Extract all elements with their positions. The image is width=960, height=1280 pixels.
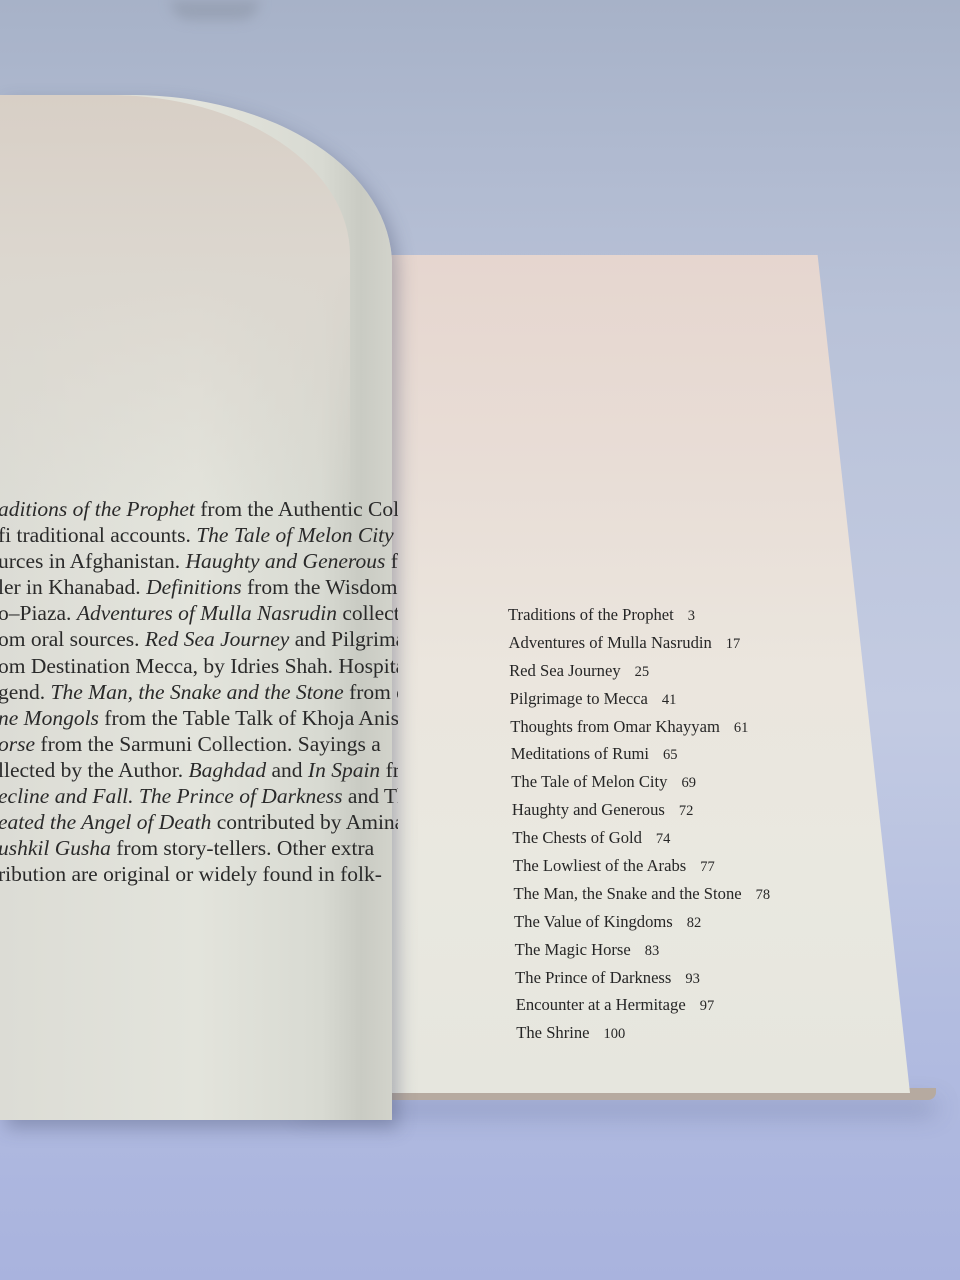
toc-page-number: 61	[734, 720, 749, 736]
toc-title: Red Sea Journey	[509, 661, 621, 680]
toc-entry: Encounter at a Hermitage97	[516, 991, 770, 1019]
italic-title: The Man, the Snake and the Stone	[51, 680, 344, 704]
text-run: fi traditional accounts.	[0, 523, 196, 547]
toc-entry: The Prince of Darkness93	[515, 964, 770, 992]
toc-title: The Lowliest of the Arabs	[513, 856, 686, 875]
table-of-contents: Traditions of the Prophet3Adventures of …	[508, 601, 770, 1047]
text-run: fr	[394, 523, 398, 547]
toc-entry: The Shrine100	[516, 1019, 770, 1047]
text-run: collected by the	[337, 601, 398, 625]
text-line: eated the Angel of Death contributed by …	[0, 809, 398, 835]
text-run: om Destination Mecca, by Idries Shah. Ho…	[0, 654, 398, 678]
text-line: gend. The Man, the Snake and the Stone f…	[0, 679, 398, 705]
toc-entry: The Tale of Melon City69	[511, 768, 770, 796]
toc-page-number: 17	[726, 636, 741, 652]
toc-title: Pilgrimage to Mecca	[510, 689, 648, 708]
toc-page-number: 69	[681, 775, 696, 791]
text-run: and	[266, 758, 308, 782]
toc-title: The Man, the Snake and the Stone	[514, 884, 742, 903]
text-line: o–Piaza. Adventures of Mulla Nasrudin co…	[0, 600, 398, 626]
text-line: ushkil Gusha from story-tellers. Other e…	[0, 835, 398, 861]
toc-page-number: 77	[700, 859, 715, 875]
toc-entry: Traditions of the Prophet3	[508, 601, 770, 629]
italic-title: Haughty and Generous	[186, 549, 386, 573]
toc-page-number: 82	[687, 915, 702, 931]
toc-entry: Red Sea Journey25	[509, 657, 770, 685]
toc-title: The Magic Horse	[515, 940, 631, 959]
text-run: urces in Afghanistan.	[0, 549, 186, 573]
text-line: urces in Afghanistan. Haughty and Genero…	[0, 548, 398, 574]
text-run: ler in Khanabad.	[0, 575, 146, 599]
toc-entry: The Lowliest of the Arabs77	[513, 852, 770, 880]
text-run: from story-tellers. Other extra	[111, 836, 374, 860]
text-run: llected by the Author.	[0, 758, 188, 782]
text-line: om Destination Mecca, by Idries Shah. Ho…	[0, 653, 398, 679]
italic-title: orse	[0, 732, 35, 756]
toc-title: The Shrine	[516, 1023, 589, 1042]
text-line: fi traditional accounts. The Tale of Mel…	[0, 522, 398, 548]
text-run: from	[385, 549, 398, 573]
text-run: from the Authentic Collec	[195, 497, 398, 521]
toc-title: The Prince of Darkness	[515, 968, 671, 987]
toc-title: Adventures of Mulla Nasrudin	[509, 633, 712, 652]
toc-page-number: 25	[635, 664, 650, 680]
toc-title: The Tale of Melon City	[511, 772, 667, 791]
italic-title: In Spain	[308, 758, 380, 782]
italic-title: ecline and Fall. The Prince of Darkness	[0, 784, 343, 808]
toc-page-number: 78	[756, 887, 771, 903]
toc-title: The Chests of Gold	[512, 828, 642, 847]
text-run: and Pilgrimage	[289, 627, 398, 651]
italic-title: ushkil Gusha	[0, 836, 111, 860]
toc-entry: Pilgrimage to Mecca41	[510, 685, 770, 713]
text-run: from	[380, 758, 398, 782]
toc-page-number: 72	[679, 803, 694, 819]
italic-title: ne Mongols	[0, 706, 99, 730]
italic-title: Definitions	[146, 575, 242, 599]
text-line: ler in Khanabad. Definitions from the Wi…	[0, 574, 398, 600]
text-run: ribution are original or widely found in…	[0, 862, 382, 886]
toc-entry: The Chests of Gold74	[512, 824, 770, 852]
toc-entry: The Value of Kingdoms82	[514, 908, 770, 936]
toc-page-number: 93	[685, 971, 700, 987]
text-run: from the Sarmuni Collection. Sayings a	[35, 732, 381, 756]
italic-title: Red Sea Journey	[145, 627, 289, 651]
toc-title: Encounter at a Hermitage	[516, 995, 686, 1014]
text-line: llected by the Author. Baghdad and In Sp…	[0, 757, 398, 783]
toc-page-number: 100	[604, 1026, 626, 1042]
text-run: from the Table Talk of Khoja Anis. T	[99, 706, 398, 730]
italic-title: The Tale of Melon City	[196, 523, 393, 547]
text-run: gend.	[0, 680, 51, 704]
background-shadow	[170, 0, 260, 20]
toc-title: Meditations of Rumi	[511, 744, 649, 763]
toc-title: Thoughts from Omar Khayyam	[510, 717, 720, 736]
toc-title: The Value of Kingdoms	[514, 912, 673, 931]
text-line: ne Mongols from the Table Talk of Khoja …	[0, 705, 398, 731]
text-line: ribution are original or widely found in…	[0, 861, 398, 887]
italic-title: Baghdad	[188, 758, 266, 782]
text-run: from dervi	[344, 680, 398, 704]
text-run: om oral sources.	[0, 627, 145, 651]
text-line: orse from the Sarmuni Collection. Saying…	[0, 731, 398, 757]
toc-page-number: 41	[662, 692, 677, 708]
toc-page-number: 83	[645, 943, 660, 959]
toc-title: Haughty and Generous	[512, 800, 665, 819]
toc-entry: Haughty and Generous72	[512, 796, 770, 824]
toc-entry: Thoughts from Omar Khayyam61	[510, 713, 770, 741]
text-run: and The	[343, 784, 398, 808]
text-run: contributed by Amina	[211, 810, 398, 834]
left-page-top-shade	[0, 95, 350, 515]
toc-title: Traditions of the Prophet	[508, 605, 674, 624]
toc-page-number: 65	[663, 747, 678, 763]
italic-title: Adventures of Mulla Nasrudin	[77, 601, 337, 625]
toc-page-number: 97	[700, 998, 715, 1014]
toc-entry: Meditations of Rumi65	[511, 740, 770, 768]
italic-title: eated the Angel of Death	[0, 810, 211, 834]
toc-entry: The Magic Horse83	[515, 936, 771, 964]
toc-entry: The Man, the Snake and the Stone78	[514, 880, 771, 908]
toc-page-number: 3	[688, 608, 695, 624]
text-run: from the Wisdom	[242, 575, 398, 599]
text-line: aditions of the Prophet from the Authent…	[0, 496, 398, 522]
italic-title: aditions of the Prophet	[0, 497, 195, 521]
text-line: ecline and Fall. The Prince of Darkness …	[0, 783, 398, 809]
text-run: o–Piaza.	[0, 601, 77, 625]
text-line: om oral sources. Red Sea Journey and Pil…	[0, 626, 398, 652]
toc-entry: Adventures of Mulla Nasrudin17	[509, 629, 771, 657]
left-page-acknowledgements-text: aditions of the Prophet from the Authent…	[0, 496, 398, 887]
toc-page-number: 74	[656, 831, 671, 847]
